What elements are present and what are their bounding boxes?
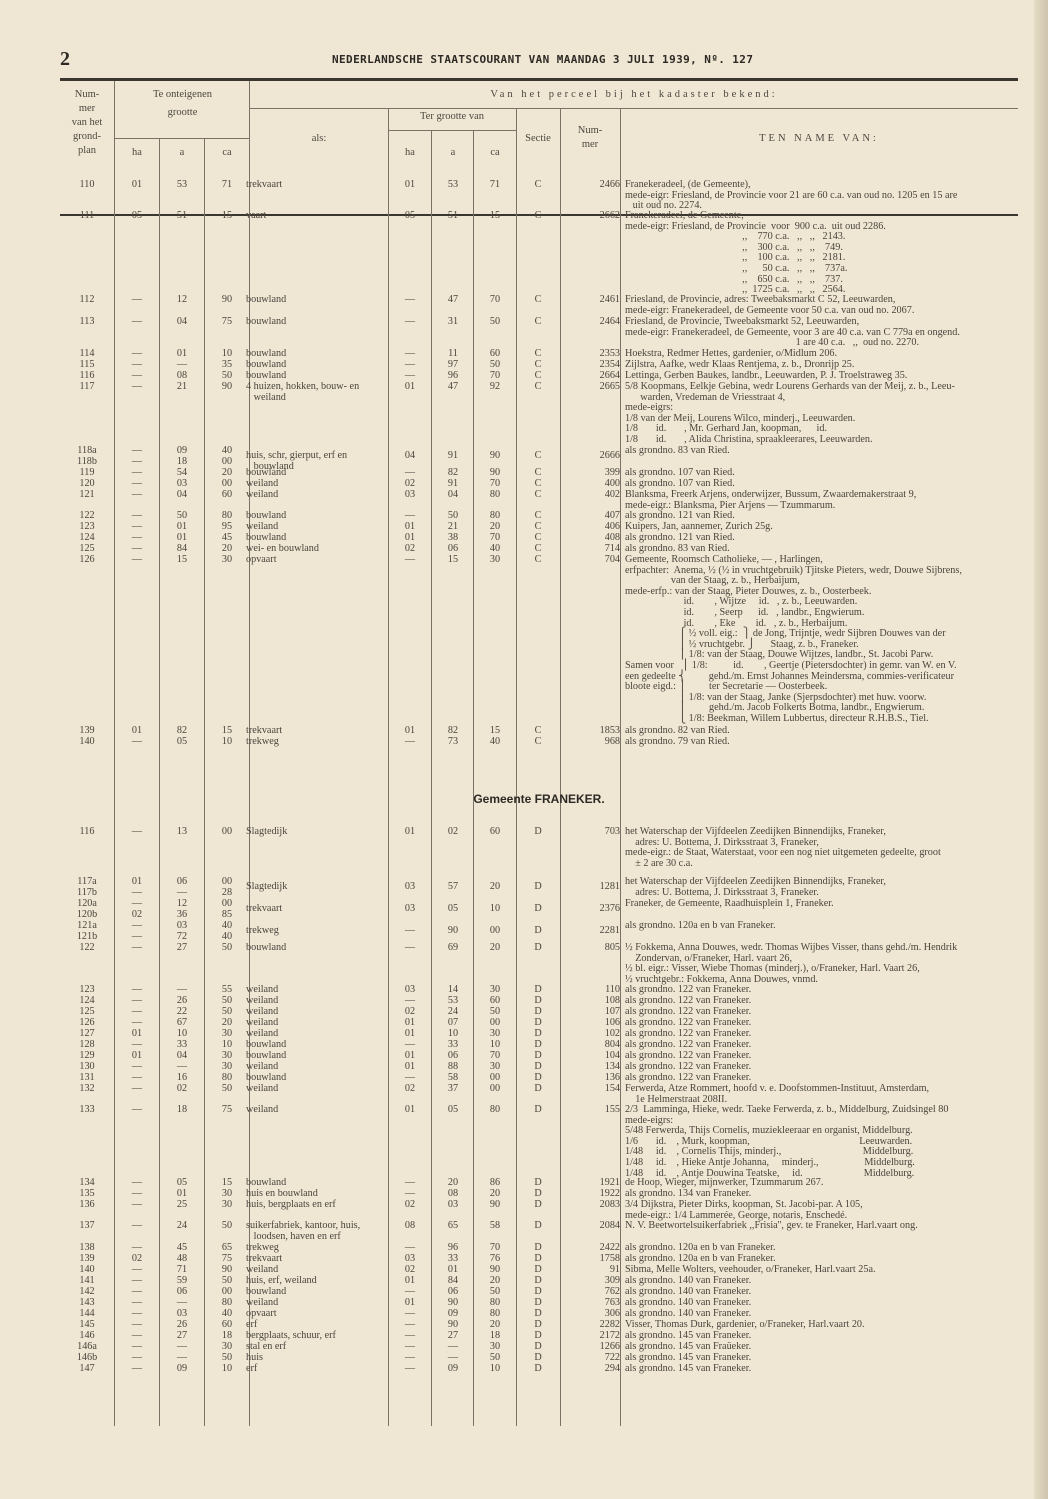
expropriate-ha-cell: — <box>115 295 159 306</box>
expropriate-ha-cell: — <box>115 1084 159 1095</box>
land-use-cell: weiland <box>246 1105 388 1116</box>
section-cell: D <box>516 985 560 996</box>
col-header-perceel: Van het perceel bij het kadaster bekend: <box>250 88 1018 102</box>
cadastral-ca-cell: 30 <box>474 1062 516 1073</box>
owner-cell: Zijlstra, Aafke, wedr Klaas Rentjema, z.… <box>625 360 1019 371</box>
land-use-cell: bouwland <box>246 533 388 544</box>
owner-cell: als grondno. 83 van Ried. <box>625 446 1019 457</box>
cadastral-ca-cell: 15 <box>474 726 516 737</box>
owner-cell: 3/4 Dijkstra, Pieter Dirks, koopman, St.… <box>625 1200 1019 1221</box>
expropriate-ca-cell: 80 <box>205 511 249 522</box>
cadastral-ha-cell: — <box>390 1364 430 1375</box>
cadastral-number-cell: 134 <box>560 1062 620 1073</box>
cadastral-number-cell: 1281 <box>560 882 620 893</box>
cadastral-ha-cell: 02 <box>390 479 430 490</box>
cadastral-a-cell: 90 <box>432 926 474 937</box>
section-cell: C <box>516 382 560 393</box>
parcel-number-cell: 113 <box>60 317 114 328</box>
cadastral-a-cell: 96 <box>432 371 474 382</box>
expropriate-ha-cell: — <box>115 544 159 555</box>
cadastral-ca-cell: 50 <box>474 317 516 328</box>
expropriate-a-cell: 12 <box>160 295 204 306</box>
expropriate-a-cell: 26 <box>160 996 204 1007</box>
section-cell: D <box>516 1276 560 1287</box>
owner-cell: als grondno. 122 van Franeker. <box>625 1007 1019 1018</box>
parcel-number-cell: 139 <box>60 726 114 737</box>
expropriate-ha-cell: — <box>115 1287 159 1298</box>
expropriate-a-cell: 15 <box>160 555 204 566</box>
expropriate-ha-cell: — <box>115 479 159 490</box>
cadastral-a-cell: — <box>432 1353 474 1364</box>
section-cell: D <box>516 1029 560 1040</box>
cadastral-a-cell: 53 <box>432 996 474 1007</box>
expropriate-ca-cell: 00 <box>205 827 249 838</box>
land-use-cell: 4 huizen, hokken, bouw- en weiland <box>246 382 388 403</box>
expropriate-a-cell: 06 — <box>160 877 204 898</box>
land-use-cell: trekvaart <box>246 1254 388 1265</box>
owner-cell: Friesland, de Provincie, Tweebaksmarkt 5… <box>625 317 1019 349</box>
owner-cell: Franeker, de Gemeente, Raadhuisplein 1, … <box>625 899 1019 910</box>
land-use-cell: suikerfabriek, kantoor, huis, loodsen, h… <box>246 1221 388 1242</box>
owner-cell: Franekeradeel, de Gemeente, mede-eigr: F… <box>625 211 1019 296</box>
expropriate-ca-cell: 40 40 <box>205 921 249 942</box>
cadastral-number-cell: 2466 <box>560 180 620 191</box>
expropriate-ha-cell: — — <box>115 921 159 942</box>
expropriate-ca-cell: 10 <box>205 1040 249 1051</box>
owner-cell: als grondno. 82 van Ried. <box>625 726 1019 737</box>
land-use-cell: huis, erf, weiland <box>246 1276 388 1287</box>
expropriate-a-cell: 03 <box>160 479 204 490</box>
cadastral-a-cell: 07 <box>432 1018 474 1029</box>
expropriate-ca-cell: 75 <box>205 317 249 328</box>
cadastral-ca-cell: 60 <box>474 996 516 1007</box>
expropriate-a-cell: — <box>160 360 204 371</box>
cadastral-ha-cell: 01 <box>390 1051 430 1062</box>
cadastral-number-cell: 136 <box>560 1073 620 1084</box>
expropriate-ha-cell: — 02 <box>115 899 159 920</box>
section-cell: D <box>516 1287 560 1298</box>
expropriate-ca-cell: 95 <box>205 522 249 533</box>
section-cell: C <box>516 737 560 748</box>
column-rule <box>159 138 160 1426</box>
cadastral-ha-cell: 03 <box>390 1254 430 1265</box>
cadastral-ca-cell: 00 <box>474 1084 516 1095</box>
cadastral-ca-cell: 40 <box>474 544 516 555</box>
cadastral-ha-cell: — <box>390 943 430 954</box>
parcel-number-cell: 141 <box>60 1276 114 1287</box>
section-cell: C <box>516 726 560 737</box>
expropriate-ha-cell: 02 <box>115 1254 159 1265</box>
cadastral-a-cell: 97 <box>432 360 474 371</box>
section-cell: D <box>516 996 560 1007</box>
page-number: 2 <box>60 48 70 71</box>
cadastral-ha-cell: 03 <box>390 490 430 501</box>
cadastral-number-cell: 1922 <box>560 1189 620 1200</box>
expropriate-a-cell: 59 <box>160 1276 204 1287</box>
parcel-number-cell: 139 <box>60 1254 114 1265</box>
cadastral-ha-cell: 03 <box>390 985 430 996</box>
expropriate-ca-cell: 55 <box>205 985 249 996</box>
parcel-number-cell: 146b <box>60 1353 114 1364</box>
section-cell: C <box>516 349 560 360</box>
expropriate-ha-cell: — <box>115 1364 159 1375</box>
cadastral-number-cell: 714 <box>560 544 620 555</box>
expropriate-a-cell: 06 <box>160 1287 204 1298</box>
section-cell: C <box>516 555 560 566</box>
section-cell: C <box>516 317 560 328</box>
cadastral-ca-cell: 86 <box>474 1178 516 1189</box>
cadastral-number-cell: 2172 <box>560 1331 620 1342</box>
land-use-cell: bouwland <box>246 317 388 328</box>
cadastral-number-cell: 805 <box>560 943 620 954</box>
owner-cell: het Waterschap der Vijfdeelen Zeedijken … <box>625 877 1019 898</box>
expropriate-ha-cell: 01 <box>115 180 159 191</box>
cadastral-ca-cell: 80 <box>474 1105 516 1116</box>
cadastral-ca-cell: 10 <box>474 1040 516 1051</box>
expropriate-ha-cell: — <box>115 533 159 544</box>
cadastral-a-cell: 27 <box>432 1331 474 1342</box>
expropriate-ha-cell: — <box>115 490 159 501</box>
cadastral-ca-cell: 80 <box>474 1298 516 1309</box>
section-cell: C <box>516 544 560 555</box>
section-cell: C <box>516 522 560 533</box>
cadastral-a-cell: 06 <box>432 1051 474 1062</box>
expropriate-ca-cell: 30 <box>205 1029 249 1040</box>
expropriate-ca-cell: 30 <box>205 1342 249 1353</box>
expropriate-a-cell: 54 <box>160 468 204 479</box>
expropriate-ca-cell: 20 <box>205 468 249 479</box>
cadastral-a-cell: 31 <box>432 317 474 328</box>
land-use-cell: bouwland <box>246 468 388 479</box>
parcel-number-cell: 130 <box>60 1062 114 1073</box>
cadastral-ha-cell: — <box>390 1320 430 1331</box>
expropriate-ha-cell: — <box>115 1062 159 1073</box>
cadastral-number-cell: 763 <box>560 1298 620 1309</box>
cadastral-number-cell: 2461 <box>560 295 620 306</box>
expropriate-a-cell: 04 <box>160 490 204 501</box>
expropriate-ca-cell: 90 <box>205 295 249 306</box>
land-use-cell: erf <box>246 1320 388 1331</box>
expropriate-ca-cell: 30 <box>205 555 249 566</box>
section-cell: C <box>516 468 560 479</box>
owner-cell: Kuipers, Jan, aannemer, Zurich 25g. <box>625 522 1019 533</box>
expropriate-a-cell: 48 <box>160 1254 204 1265</box>
cadastral-ha-cell: — <box>390 468 430 479</box>
section-cell: D <box>516 1018 560 1029</box>
parcel-number-cell: 137 <box>60 1221 114 1232</box>
land-use-cell: trekweg <box>246 1243 388 1254</box>
expropriate-ha-cell: 05 <box>115 211 159 222</box>
section-cell: D <box>516 1073 560 1084</box>
land-use-cell: bergplaats, schuur, erf <box>246 1331 388 1342</box>
cadastral-ha-cell: — <box>390 511 430 522</box>
owner-cell: als grondno. 79 van Ried. <box>625 737 1019 748</box>
cadastral-a-cell: 05 <box>432 904 474 915</box>
section-cell: D <box>516 882 560 893</box>
section-cell: D <box>516 1105 560 1116</box>
cadastral-number-cell: 2354 <box>560 360 620 371</box>
section-cell: D <box>516 1243 560 1254</box>
section-cell: D <box>516 1062 560 1073</box>
expropriate-ha-cell: — <box>115 996 159 1007</box>
owner-cell: als grondno. 122 van Franeker. <box>625 996 1019 1007</box>
cadastral-ca-cell: 50 <box>474 1353 516 1364</box>
cadastral-number-cell: 408 <box>560 533 620 544</box>
parcel-number-cell: 121a 121b <box>60 921 114 942</box>
cadastral-number-cell: 2281 <box>560 926 620 937</box>
column-rule <box>204 138 205 1426</box>
expropriate-a-cell: 13 <box>160 827 204 838</box>
cadastral-ca-cell: 70 <box>474 479 516 490</box>
cadastral-ha-cell: 02 <box>390 1084 430 1095</box>
expropriate-ha-cell: 01 <box>115 1029 159 1040</box>
expropriate-a-cell: 27 <box>160 943 204 954</box>
expropriate-ha-cell: — <box>115 349 159 360</box>
expropriate-a-cell: — <box>160 1342 204 1353</box>
owner-cell: als grondno. 122 van Franeker. <box>625 985 1019 996</box>
parcel-number-cell: 124 <box>60 996 114 1007</box>
cadastral-number-cell: 106 <box>560 1018 620 1029</box>
owner-cell: het Waterschap der Vijfdeelen Zeedijken … <box>625 827 1019 869</box>
col-header-nummer: Num- mer van het grond- plan <box>60 88 114 158</box>
owner-cell: Sibma, Melle Wolters, veehouder, o/Frane… <box>625 1265 1019 1276</box>
section-cell: D <box>516 943 560 954</box>
expropriate-ca-cell: 90 <box>205 1265 249 1276</box>
owner-cell: als grondno. 122 van Franeker. <box>625 1018 1019 1029</box>
cadastral-a-cell: 05 <box>432 1105 474 1116</box>
cadastral-a-cell: 06 <box>432 1287 474 1298</box>
col-header-t-a: a <box>432 146 474 160</box>
cadastral-ca-cell: 50 <box>474 1287 516 1298</box>
expropriate-ha-cell: — <box>115 827 159 838</box>
land-use-cell: weiland <box>246 1298 388 1309</box>
owner-cell: Franekeradeel, (de Gemeente), mede-eigr:… <box>625 180 1019 212</box>
cadastral-ha-cell: 01 <box>390 382 430 393</box>
expropriate-ha-cell: — <box>115 1353 159 1364</box>
cadastral-a-cell: 03 <box>432 1200 474 1211</box>
parcel-number-cell: 133 <box>60 1105 114 1116</box>
expropriate-a-cell: 03 72 <box>160 921 204 942</box>
expropriate-a-cell: 09 18 <box>160 446 204 467</box>
parcel-number-cell: 127 <box>60 1029 114 1040</box>
cadastral-ha-cell: 01 <box>390 1298 430 1309</box>
land-use-cell: erf <box>246 1364 388 1375</box>
section-cell: C <box>516 533 560 544</box>
expropriate-ca-cell: 00 <box>205 479 249 490</box>
section-cell: D <box>516 1189 560 1200</box>
expropriate-ha-cell: — <box>115 371 159 382</box>
cadastral-a-cell: 04 <box>432 490 474 501</box>
section-cell: C <box>516 180 560 191</box>
cadastral-a-cell: 65 <box>432 1221 474 1232</box>
owner-cell: als grondno. 140 van Franeker. <box>625 1287 1019 1298</box>
expropriate-a-cell: 09 <box>160 1364 204 1375</box>
expropriate-ca-cell: 10 <box>205 349 249 360</box>
land-use-cell: bouwland <box>246 295 388 306</box>
parcel-number-cell: 126 <box>60 555 114 566</box>
expropriate-ca-cell: 35 <box>205 360 249 371</box>
owner-cell: als grondno. 145 van Franeker. <box>625 1353 1019 1364</box>
col-header-ten-name-van: TEN NAME VAN: <box>620 132 1018 146</box>
cadastral-ca-cell: 90 <box>474 1265 516 1276</box>
owner-cell: als grondno. 145 van Franeker. <box>625 1364 1019 1375</box>
expropriate-ha-cell: — <box>115 1007 159 1018</box>
expropriate-ha-cell: — <box>115 382 159 393</box>
cadastral-a-cell: 57 <box>432 882 474 893</box>
owner-cell: als grondno. 122 van Franeker. <box>625 1051 1019 1062</box>
cadastral-number-cell: 968 <box>560 737 620 748</box>
cadastral-ca-cell: 70 <box>474 1243 516 1254</box>
expropriate-a-cell: 45 <box>160 1243 204 1254</box>
expropriate-a-cell: 12 36 <box>160 899 204 920</box>
land-use-cell: vaart <box>246 211 388 222</box>
cadastral-ca-cell: 20 <box>474 1189 516 1200</box>
section-cell: D <box>516 1309 560 1320</box>
cadastral-ca-cell: 20 <box>474 943 516 954</box>
parcel-number-cell: 136 <box>60 1200 114 1211</box>
cadastral-ha-cell: 01 <box>390 522 430 533</box>
cadastral-ha-cell: — <box>390 371 430 382</box>
column-rule <box>388 108 389 1426</box>
cadastral-ha-cell: 05 <box>390 211 430 222</box>
owner-cell: Gemeente, Roomsch Catholieke, — , Harlin… <box>625 555 1019 725</box>
cadastral-ca-cell: 00 <box>474 1018 516 1029</box>
cadastral-ha-cell: — <box>390 1178 430 1189</box>
col-header-a: a <box>160 146 204 160</box>
land-use-cell: trekweg <box>246 737 388 748</box>
cadastral-number-cell: 406 <box>560 522 620 533</box>
cadastral-ha-cell: 01 <box>390 1105 430 1116</box>
cadastral-ca-cell: 18 <box>474 1331 516 1342</box>
expropriate-ca-cell: 60 <box>205 490 249 501</box>
expropriate-ha-cell: — <box>115 1200 159 1211</box>
parcel-number-cell: 112 <box>60 295 114 306</box>
expropriate-ha-cell: — <box>115 1178 159 1189</box>
owner-cell: Hoekstra, Redmer Hettes, gardenier, o/Mi… <box>625 349 1019 360</box>
parcel-number-cell: 120a 120b <box>60 899 114 920</box>
expropriate-ca-cell: 80 <box>205 1298 249 1309</box>
land-use-cell: trekvaart <box>246 180 388 191</box>
land-use-cell: weiland <box>246 1084 388 1095</box>
cadastral-number-cell: 704 <box>560 555 620 566</box>
cadastral-ha-cell: — <box>390 1342 430 1353</box>
land-use-cell: weiland <box>246 1018 388 1029</box>
cadastral-ca-cell: 70 <box>474 295 516 306</box>
parcel-number-cell: 142 <box>60 1287 114 1298</box>
section-cell: D <box>516 827 560 838</box>
expropriate-a-cell: 84 <box>160 544 204 555</box>
section-cell: D <box>516 1353 560 1364</box>
cadastral-a-cell: 37 <box>432 1084 474 1095</box>
cadastral-ha-cell: — <box>390 926 430 937</box>
cadastral-ha-cell: — <box>390 1073 430 1084</box>
expropriate-a-cell: 26 <box>160 1320 204 1331</box>
cadastral-number-cell: 154 <box>560 1084 620 1095</box>
owner-cell: 5/8 Koopmans, Eelkje Gebina, wedr Louren… <box>625 382 1019 446</box>
cadastral-ha-cell: 01 <box>390 1062 430 1073</box>
section-cell: D <box>516 1051 560 1062</box>
cadastral-ha-cell: 02 <box>390 1200 430 1211</box>
header-divider <box>250 108 1018 109</box>
cadastral-a-cell: 47 <box>432 382 474 393</box>
expropriate-ca-cell: 50 <box>205 943 249 954</box>
cadastral-number-cell: 110 <box>560 985 620 996</box>
expropriate-ca-cell: 00 <box>205 1287 249 1298</box>
cadastral-a-cell: 51 <box>432 211 474 222</box>
cadastral-number-cell: 1758 <box>560 1254 620 1265</box>
parcel-number-cell: 140 <box>60 1265 114 1276</box>
parcel-number-cell: 125 <box>60 544 114 555</box>
cadastral-ha-cell: — <box>390 1309 430 1320</box>
land-use-cell: trekweg <box>246 926 388 937</box>
cadastral-number-cell: 400 <box>560 479 620 490</box>
expropriate-ha-cell: — <box>115 1320 159 1331</box>
cadastral-a-cell: 73 <box>432 737 474 748</box>
expropriate-a-cell: 24 <box>160 1221 204 1232</box>
expropriate-ha-cell: — <box>115 360 159 371</box>
cadastral-a-cell: 96 <box>432 1243 474 1254</box>
section-cell: D <box>516 1200 560 1211</box>
land-use-cell: huis en bouwland <box>246 1189 388 1200</box>
expropriate-ca-cell: 20 <box>205 544 249 555</box>
owner-cell: Ferwerda, Atze Rommert, hoofd v. e. Doof… <box>625 1084 1019 1105</box>
cadastral-ha-cell: — <box>390 1040 430 1051</box>
cadastral-number-cell: 2422 <box>560 1243 620 1254</box>
cadastral-a-cell: 14 <box>432 985 474 996</box>
owner-cell: als grondno. 107 van Ried. <box>625 479 1019 490</box>
section-cell: C <box>516 479 560 490</box>
cadastral-number-cell: 2666 <box>560 451 620 462</box>
expropriate-ca-cell: 50 <box>205 1221 249 1232</box>
expropriate-a-cell: 04 <box>160 1051 204 1062</box>
expropriate-a-cell: 01 <box>160 533 204 544</box>
cadastral-a-cell: 53 <box>432 180 474 191</box>
expropriate-ca-cell: 20 <box>205 1018 249 1029</box>
land-use-cell: bouwland <box>246 371 388 382</box>
cadastral-ha-cell: — <box>390 737 430 748</box>
expropriate-ca-cell: 10 <box>205 737 249 748</box>
cadastral-ha-cell: — <box>390 317 430 328</box>
owner-cell: als grondno. 122 van Franeker. <box>625 1040 1019 1051</box>
cadastral-ca-cell: 00 <box>474 926 516 937</box>
owner-cell: de Hoop, Wieger, mijnwerker, Tzummarum 2… <box>625 1178 1019 1189</box>
parcel-number-cell: 123 <box>60 522 114 533</box>
col-header-als: als: <box>250 132 388 146</box>
expropriate-ca-cell: 75 <box>205 1105 249 1116</box>
expropriate-ca-cell: 18 <box>205 1331 249 1342</box>
col-header-grootte: grootte <box>115 106 250 120</box>
section-cell: D <box>516 1298 560 1309</box>
newspaper-page: 2 NEDERLANDSCHE STAATSCOURANT VAN MAANDA… <box>60 48 1018 1468</box>
owner-cell: als grondno. 121 van Ried. <box>625 511 1019 522</box>
land-use-cell: weiland <box>246 1029 388 1040</box>
land-use-cell: weiland <box>246 490 388 501</box>
section-cell: D <box>516 1254 560 1265</box>
cadastral-ca-cell: 20 <box>474 1276 516 1287</box>
land-use-cell: weiland <box>246 479 388 490</box>
cadastral-ca-cell: 10 <box>474 1364 516 1375</box>
expropriate-ha-cell: — <box>115 1265 159 1276</box>
owner-cell: als grondno. 134 van Franeker. <box>625 1189 1019 1200</box>
cadastral-number-cell: 309 <box>560 1276 620 1287</box>
expropriate-ca-cell: 30 <box>205 1200 249 1211</box>
expropriate-ca-cell: 71 <box>205 180 249 191</box>
expropriate-a-cell: — <box>160 1353 204 1364</box>
owner-cell: Friesland, de Provincie, adres: Tweebaks… <box>625 295 1019 316</box>
parcel-number-cell: 146 <box>60 1331 114 1342</box>
section-cell: D <box>516 904 560 915</box>
section-cell: D <box>516 1320 560 1331</box>
